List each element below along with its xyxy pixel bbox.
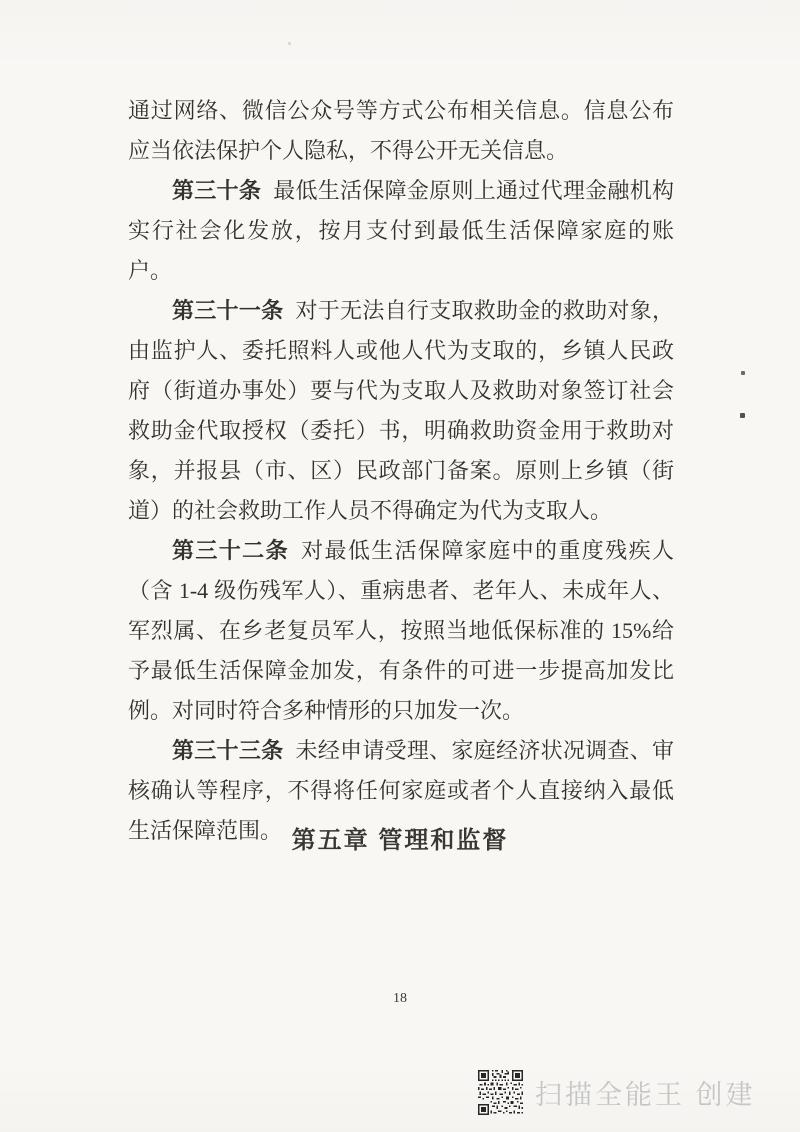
qr-code-icon — [478, 1070, 523, 1115]
chapter-heading: 第五章 管理和监督 — [0, 820, 800, 855]
article-number: 第三十二条 — [172, 538, 289, 563]
paragraph: 第三十二条对最低生活保障家庭中的重度残疾人（含 1-4 级伤残军人）、重病患者、… — [128, 531, 674, 731]
article-number: 第三十条 — [172, 178, 261, 203]
watermark-text: 扫描全能王 创建 — [535, 1073, 756, 1112]
scan-artifact-speck — [740, 413, 745, 418]
paragraph: 第三十一条对于无法自行支取救助金的救助对象，由监护人、委托照料人或他人代为支取的… — [128, 291, 674, 531]
paragraph: 通过网络、微信公众号等方式公布相关信息。信息公布应当依法保护个人隐私，不得公开无… — [128, 91, 674, 171]
article-number: 第三十三条 — [172, 738, 283, 763]
page-number: 18 — [0, 991, 800, 1007]
paragraph: 第三十条最低生活保障金原则上通过代理金融机构实行社会化发放，按月支付到最低生活保… — [128, 171, 674, 291]
scanner-watermark: 扫描全能王 创建 — [478, 1070, 756, 1115]
scan-artifact-speck — [741, 371, 745, 375]
paragraph-text: 对最低生活保障家庭中的重度残疾人（含 1-4 级伤残军人）、重病患者、老年人、未… — [128, 538, 674, 723]
paragraph-text: 对于无法自行支取救助金的救助对象，由监护人、委托照料人或他人代为支取的，乡镇人民… — [128, 298, 674, 523]
scan-artifact-speck — [288, 42, 291, 45]
scanned-document-page: { "document": { "paragraphs": [ { "label… — [0, 0, 800, 1132]
paragraph-text: 通过网络、微信公众号等方式公布相关信息。信息公布应当依法保护个人隐私，不得公开无… — [128, 98, 674, 163]
article-number: 第三十一条 — [172, 298, 283, 323]
document-body: 通过网络、微信公众号等方式公布相关信息。信息公布应当依法保护个人隐私，不得公开无… — [128, 91, 674, 851]
